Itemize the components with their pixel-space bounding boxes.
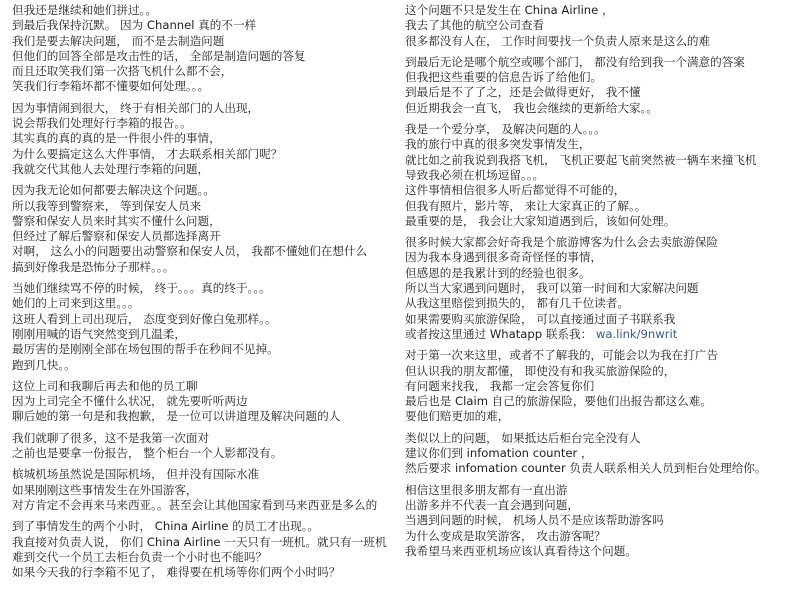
paragraph: 对于第一次来这里，或者不了解我的，可能会以为我在打广告 但认识我的朋友都懂， 即… — [405, 348, 805, 424]
text-line: 到最后是不了了之，还是会做得更好， 我不懂 — [405, 85, 805, 100]
text-line: 跑到几快。。 — [12, 358, 397, 373]
text-line: 但我把这些重要的信息告诉了给他们。 — [405, 70, 805, 85]
left-column-post-text: 但我还是继续和她们拼过。。 到最后我保持沉默。 因为 Channel 真的不一样… — [12, 3, 397, 586]
text-line: 这件事情相信很多人听后都觉得不可能的， — [405, 183, 805, 198]
text-line: 如果需要购买旅游保险， 可以直接通过面子书联系我 — [405, 312, 805, 327]
text-line: 聊后她的第一句是和我抱歉， 是一位可以讲道理及解决问题的人 — [12, 409, 397, 424]
text-line: 之前也是要拿一份报告， 整个柜台一个人影都没有。 — [12, 446, 397, 461]
whatsapp-contact-line: 或者按这里通过 Whatapp 联系我： wa.link/9nwrit — [405, 327, 805, 342]
text-line: 所以当大家遇到问题时， 我可以第一时间和大家解决问题 — [405, 281, 805, 296]
text-line: 其实真的真的真的是一件很小件的事情， — [12, 131, 397, 146]
text-line: 就比如之前我说到我搭飞机， 飞机正要起飞前突然被一辆车来撞飞机 — [405, 153, 805, 168]
text-line: 但感恩的是我累计到的经验也很多。 — [405, 266, 805, 281]
paragraph: 当她们继续骂不停的时候， 终于。。。真的终于。。。 她们的上司来到这里。。。 这… — [12, 281, 397, 373]
paragraph: 这个问题不只是发生在 China Airline ， 我去了其他的航空公司查看 … — [405, 3, 805, 49]
text-line: 但经过了解后警察和保安人员都选择离开 — [12, 229, 397, 244]
text-line: 当她们继续骂不停的时候， 终于。。。真的终于。。。 — [12, 281, 397, 296]
text-line: 我希望马来西亚机场应该认真看待这个问题。 — [405, 544, 805, 559]
text-line: 对于第一次来这里，或者不了解我的，可能会以为我在打广告 — [405, 348, 805, 363]
text-line: 我去了其他的航空公司查看 — [405, 18, 805, 33]
text-line: 槟城机场虽然说是国际机场， 但并没有国际水准 — [12, 467, 397, 482]
paragraph: 很多时候大家都会好奇我是个旅游博客为什么会去卖旅游保险 因为我本身遇到很多奇奇怪… — [405, 235, 805, 342]
paragraph: 相信这里很多朋友都有一直出游 出游多并不代表一直会遇到问题， 当遇到问题的时候，… — [405, 483, 805, 559]
text-line: 我们是要去解决问题， 而不是去制造问题 — [12, 34, 397, 49]
text-line: 到最后我保持沉默。 因为 Channel 真的不一样 — [12, 18, 397, 33]
text-line: 笑我们行李箱坏都不懂要如何处理。。。 — [12, 79, 397, 94]
paragraph: 这位上司和我聊后再去和他的员工聊 因为上司完全不懂什么状况， 就先要听听两边 聊… — [12, 379, 397, 425]
paragraph: 我是一个爱分享， 及解决问题的人。。。 我的旅行中真的很多突发事情发生， 就比如… — [405, 122, 805, 229]
text-line: 很多时候大家都会好奇我是个旅游博客为什么会去卖旅游保险 — [405, 235, 805, 250]
text-line: 有问题来找我， 我都一定会答复你们 — [405, 379, 805, 394]
text-line: 然后要求 infomation counter 负责人联系相关人员到柜台处理给你… — [405, 461, 805, 476]
text-line: 很多都没有人在， 工作时间要找一个负责人原来是这么的难 — [405, 34, 805, 49]
text-line: 警察和保安人员来时其实不懂什么问题， — [12, 214, 397, 229]
text-line: 要他们赔更加的难， — [405, 409, 805, 424]
whatsapp-prefix-text: 或者按这里通过 Whatapp 联系我： — [405, 327, 596, 341]
whatsapp-link[interactable]: wa.link/9nwrit — [596, 327, 677, 341]
text-line: 我就交代其他人去处理行李箱的问题， — [12, 162, 397, 177]
text-line: 出游多并不代表一直会遇到问题， — [405, 498, 805, 513]
text-line: 这班人看到上司出现后， 态度变到好像白兔那样。。 — [12, 312, 397, 327]
text-line: 但认识我的朋友都懂， 即使没有和我买旅游保险的， — [405, 364, 805, 379]
text-line: 如果刚刚这些事情发生在外国游客， — [12, 483, 397, 498]
text-line: 说会帮我们处理好行李箱的报告。。 — [12, 116, 397, 131]
text-line: 她们的上司来到这里。。。 — [12, 296, 397, 311]
paragraph: 到最后无论是哪个航空或哪个部门， 都没有给到我一个满意的答案 但我把这些重要的信… — [405, 55, 805, 116]
paragraph: 我们就聊了很多，这不是我第一次面对 之前也是要拿一份报告， 整个柜台一个人影都没… — [12, 431, 397, 462]
text-line: 因为事情闹到很大， 终于有相关部门的人出现， — [12, 101, 397, 116]
text-line: 为什么要搞定这么大件事情， 才去联系相关部门呢？ — [12, 147, 397, 162]
text-line: 导致我必须在机场逗留。。。 — [405, 168, 805, 183]
paragraph: 类似以上的问题， 如果抵达后柜台完全没有人 建议你们到 infomation c… — [405, 431, 805, 477]
text-line: 类似以上的问题， 如果抵达后柜台完全没有人 — [405, 431, 805, 446]
text-line: 我是一个爱分享， 及解决问题的人。。。 — [405, 122, 805, 137]
text-line: 对方肯定不会再来马来西亚。。甚至会让其他国家看到马来西亚是多么的 — [12, 498, 397, 513]
text-line: 当遇到问题的时候， 机场人员不是应该帮助游客吗 — [405, 513, 805, 528]
text-line: 这个问题不只是发生在 China Airline ， — [405, 3, 805, 18]
text-line: 但近期我会一直飞， 我也会继续的更新给大家。。 — [405, 101, 805, 116]
text-line: 我们就聊了很多，这不是我第一次面对 — [12, 431, 397, 446]
text-line: 最厉害的是刚刚全部在场包围的帮手在秒间不见掉。 — [12, 342, 397, 357]
text-line: 这位上司和我聊后再去和他的员工聊 — [12, 379, 397, 394]
text-line: 到了事情发生的两个小时， China Airline 的员工才出现。。 — [12, 519, 397, 534]
text-line: 到最后无论是哪个航空或哪个部门， 都没有给到我一个满意的答案 — [405, 55, 805, 70]
text-line: 搞到好像我是恐怖分子那样。。。 — [12, 260, 397, 275]
text-line: 但我还是继续和她们拼过。。 — [12, 3, 397, 18]
text-line: 建议你们到 infomation counter ， — [405, 446, 805, 461]
text-line: 因为我本身遇到很多奇奇怪怪的事情， — [405, 250, 805, 265]
text-line: 所以我等到警察来， 等到保安人员来 — [12, 199, 397, 214]
right-column-post-text: 这个问题不只是发生在 China Airline ， 我去了其他的航空公司查看 … — [405, 3, 805, 565]
text-line: 相信这里很多朋友都有一直出游 — [405, 483, 805, 498]
paragraph: 到了事情发生的两个小时， China Airline 的员工才出现。。 我直接对… — [12, 519, 397, 580]
paragraph: 但我还是继续和她们拼过。。 到最后我保持沉默。 因为 Channel 真的不一样… — [12, 3, 397, 95]
paragraph: 槟城机场虽然说是国际机场， 但并没有国际水准 如果刚刚这些事情发生在外国游客， … — [12, 467, 397, 513]
text-line: 为什么变成是取笑游客， 攻击游客呢？ — [405, 529, 805, 544]
text-line: 因为我无论如何都要去解决这个问题。。 — [12, 183, 397, 198]
text-line: 而且还取笑我们第一次搭飞机什么都不会， — [12, 64, 397, 79]
text-line: 最后也是 Claim 自己的旅游保险，要他们出报告都这么难。 — [405, 394, 805, 409]
text-line: 但他们的回答全部是攻击性的话， 全部是制造问题的答复 — [12, 49, 397, 64]
text-line: 最重要的是， 我会让大家知道遇到后，该如何处理。 — [405, 214, 805, 229]
text-line: 我直接对负责人说， 你们 China Airline 一天只有一班机。就只有一班… — [12, 535, 397, 550]
text-line: 如果今天我的行李箱不见了， 难得要在机场等你们两个小时吗？ — [12, 565, 397, 580]
text-line: 刚刚用喊的语气突然变到几温柔， — [12, 327, 397, 342]
text-line: 但我有照片，影片等， 来让大家真正的了解。。 — [405, 199, 805, 214]
text-line: 我的旅行中真的很多突发事情发生， — [405, 137, 805, 152]
paragraph: 因为事情闹到很大， 终于有相关部门的人出现， 说会帮我们处理好行李箱的报告。。 … — [12, 101, 397, 177]
text-line: 从我这里赔偿到损失的， 都有几千位读者。 — [405, 296, 805, 311]
paragraph: 因为我无论如何都要去解决这个问题。。 所以我等到警察来， 等到保安人员来 警察和… — [12, 183, 397, 275]
text-line: 对啊， 这么小的问题要出动警察和保安人员， 我都不懂她们在想什么 — [12, 244, 397, 259]
text-line: 难到交代一个员工去柜台负责一个小时也不能吗？ — [12, 550, 397, 565]
text-line: 因为上司完全不懂什么状况， 就先要听听两边 — [12, 394, 397, 409]
